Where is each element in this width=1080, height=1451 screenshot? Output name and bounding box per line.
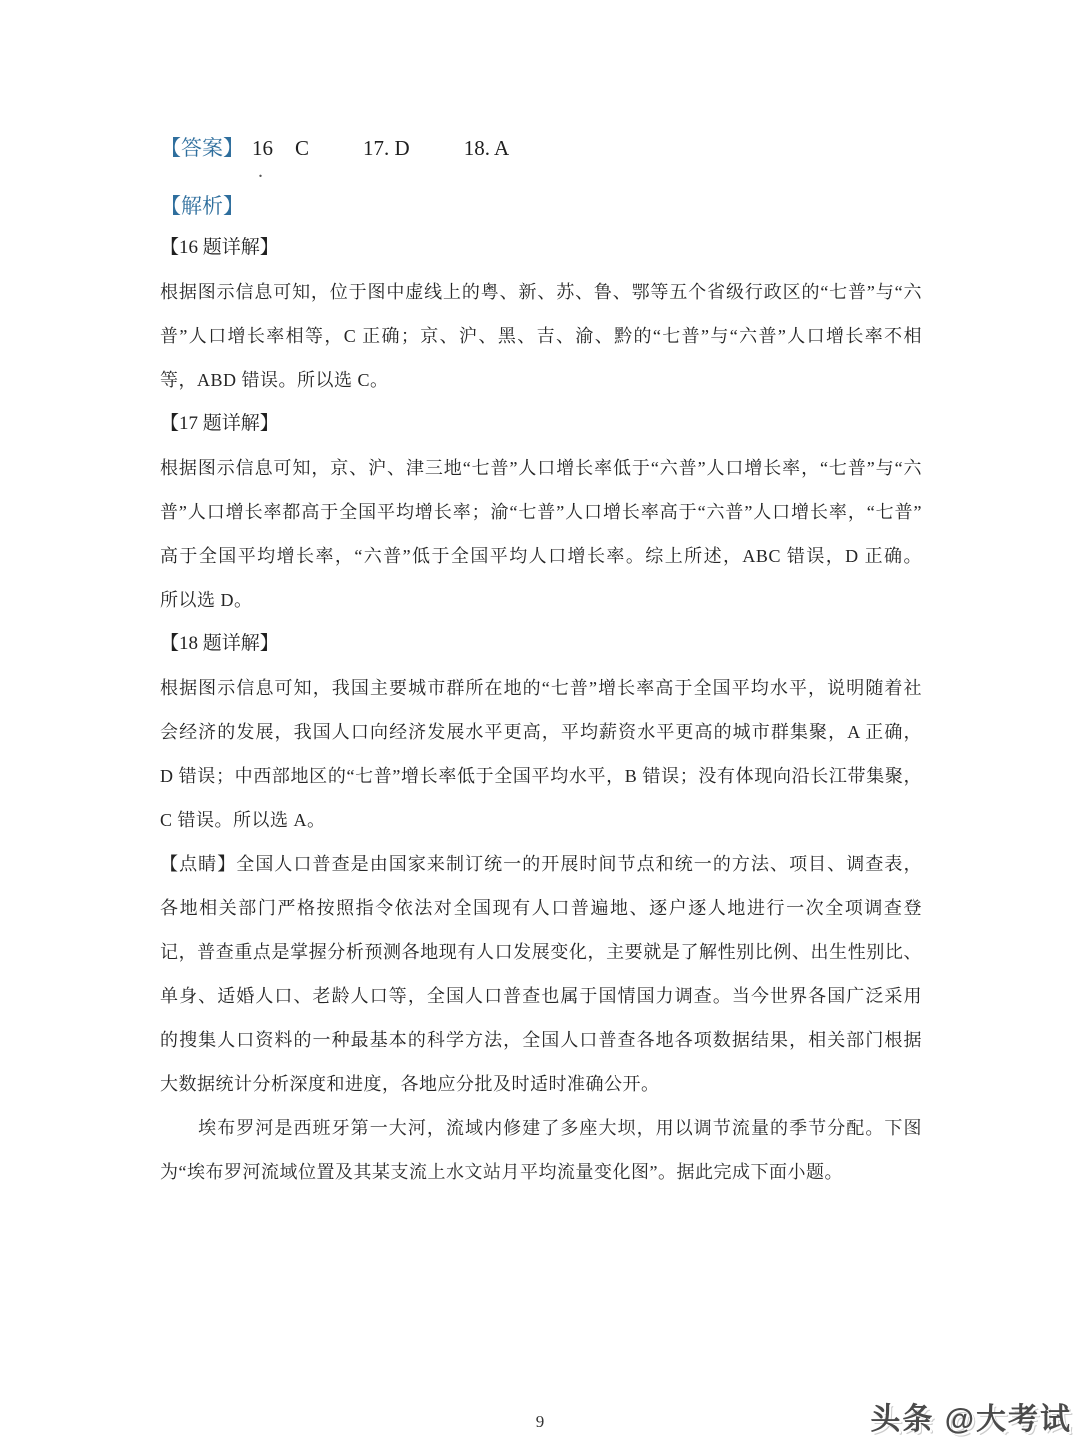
- next-question-passage: 埃布罗河是西班牙第一大河，流域内修建了多座大坝，用以调节流量的季节分配。下图 为…: [160, 1106, 922, 1194]
- section-q18: 【18 题详解】 根据图示信息可知，我国主要城市群所在地的“七普”增长率高于全国…: [160, 622, 922, 842]
- watermark-toutiao: 头条 @大考试: [870, 1394, 1072, 1438]
- text-line: 会经济的发展，我国人口向经济发展水平更高，平均薪资水平更高的城市群集聚，A 正确…: [160, 710, 922, 754]
- answer-q16-number: 16: [252, 136, 273, 160]
- section-q17: 【17 题详解】 根据图示信息可知，京、沪、津三地“七普”人口增长率低于“六普”…: [160, 402, 922, 622]
- analysis-label: 【解析】: [160, 186, 922, 226]
- text-line: 根据图示信息可知，我国主要城市群所在地的“七普”增长率高于全国平均水平，说明随着…: [160, 666, 922, 710]
- text-line: 单身、适婚人口、老龄人口等，全国人口普查也属于国情国力调查。当今世界各国广泛采用: [160, 974, 922, 1018]
- section-q17-heading: 【17 题详解】: [160, 402, 922, 446]
- text-line: 根据图示信息可知，位于图中虚线上的粤、新、苏、鲁、鄂等五个省级行政区的“七普”与…: [160, 270, 922, 314]
- answer-line: 【答案】16C17. D18. A: [160, 128, 922, 168]
- answer-label: 【答案】: [160, 136, 244, 160]
- text-line: C 错误。所以选 A。: [160, 798, 922, 842]
- text-line: 的搜集人口资料的一种最基本的科学方法，全国人口普查各地各项数据结果，相关部门根据: [160, 1018, 922, 1062]
- text-line: 等，ABD 错误。所以选 C。: [160, 358, 922, 402]
- text-line: 根据图示信息可知，京、沪、津三地“七普”人口增长率低于“六普”人口增长率，“七普…: [160, 446, 922, 490]
- text-line: 【点睛】全国人口普查是由国家来制订统一的开展时间节点和统一的方法、项目、调查表，: [160, 842, 922, 886]
- text-line: 各地相关部门严格按照指令依法对全国现有人口普遍地、逐户逐人地进行一次全项调查登: [160, 886, 922, 930]
- text-line: 普”人口增长率相等，C 正确；京、沪、黑、吉、渝、黔的“七普”与“六普”人口增长…: [160, 314, 922, 358]
- text-line: 高于全国平均增长率，“六普”低于全国平均人口增长率。综上所述，ABC 错误，D …: [160, 534, 922, 578]
- section-q16: 【16 题详解】 根据图示信息可知，位于图中虚线上的粤、新、苏、鲁、鄂等五个省级…: [160, 226, 922, 402]
- text-line: 所以选 D。: [160, 578, 922, 622]
- exam-answer-page: 【答案】16C17. D18. A 【解析】 【16 题详解】 根据图示信息可知…: [0, 0, 1080, 1451]
- text-line: 为“埃布罗河流域位置及其某支流上水文站月平均流量变化图”。据此完成下面小题。: [160, 1150, 922, 1194]
- scan-artifact-dot: .: [258, 160, 263, 183]
- text-line: 普”人口增长率都高于全国平均增长率；渝“七普”人口增长率高于“六普”人口增长率，…: [160, 490, 922, 534]
- tip-paragraph: 【点睛】全国人口普查是由国家来制订统一的开展时间节点和统一的方法、项目、调查表，…: [160, 842, 922, 1106]
- section-q18-heading: 【18 题详解】: [160, 622, 922, 666]
- answer-q17: 17. D: [363, 136, 410, 160]
- answer-q16-choice: C: [295, 136, 309, 160]
- answer-q18: 18. A: [464, 136, 510, 160]
- text-line: 记，普查重点是掌握分析预测各地现有人口发展变化，主要就是了解性别比例、出生性别比…: [160, 930, 922, 974]
- section-q16-heading: 【16 题详解】: [160, 226, 922, 270]
- page-content: 【答案】16C17. D18. A 【解析】 【16 题详解】 根据图示信息可知…: [160, 128, 922, 1194]
- text-line: 埃布罗河是西班牙第一大河，流域内修建了多座大坝，用以调节流量的季节分配。下图: [160, 1106, 922, 1150]
- text-line: D 错误；中西部地区的“七普”增长率低于全国平均水平，B 错误；没有体现向沿长江…: [160, 754, 922, 798]
- text-line: 大数据统计分析深度和进度，各地应分批及时适时准确公开。: [160, 1062, 922, 1106]
